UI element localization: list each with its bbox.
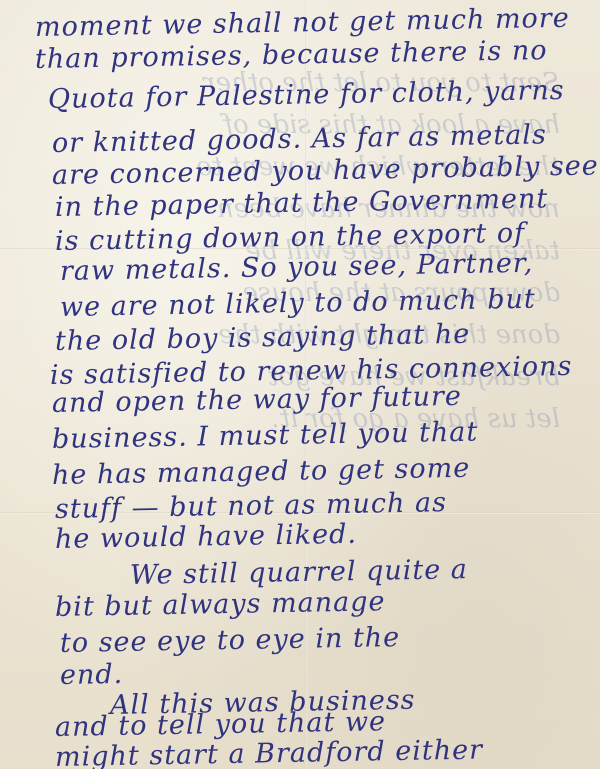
letter-page: Sent to you to let the other have a look…	[0, 0, 600, 769]
text-line: he has managed to get some	[52, 453, 471, 491]
text-line: the old boy is saying that he	[55, 319, 471, 357]
text-line: bit but always manage	[55, 586, 386, 623]
text-line: stuff — but not as much as	[55, 487, 447, 525]
handwritten-lines: moment we shall not get much more than p…	[0, 0, 600, 769]
text-line: We still quarrel quite a	[130, 554, 468, 591]
text-line: Quota for Palestine for cloth, yarns	[48, 75, 565, 115]
text-line: to see eye to eye in the	[60, 622, 401, 659]
text-line: end.	[60, 659, 124, 691]
text-line: we are not likely to do much but	[60, 284, 536, 323]
text-line: and open the way for future	[52, 381, 462, 419]
text-line: business. I must tell you that	[52, 417, 479, 455]
text-line: he would have liked.	[55, 519, 357, 555]
